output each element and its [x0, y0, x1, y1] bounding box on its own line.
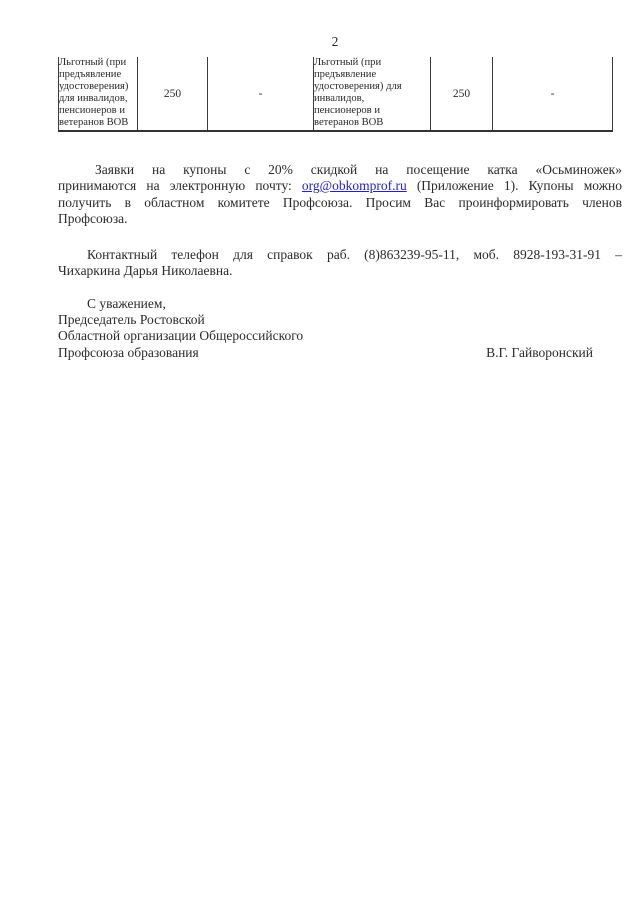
paragraph-contacts-line-2: Чихаркина Дарья Николаевна. [58, 263, 622, 279]
table-row: Льготный (при предъявление удостоверения… [59, 57, 613, 131]
signature-name: В.Г. Гайворонский [486, 345, 593, 361]
email-link[interactable]: org@obkomprof.ru [302, 178, 407, 193]
paragraph-coupons-line-4: Профсоюза. [58, 211, 622, 227]
table-cell-note-left: - [208, 57, 314, 131]
paragraph-coupons-line-2: принимаются на электронную почту: org@ob… [58, 178, 622, 194]
paragraph-coupons-line-3: получить в областном комитете Профсоюза.… [58, 195, 622, 211]
paragraph-contacts: Контактный телефон для справок раб. (8)8… [58, 247, 622, 280]
signature-title-line-3: Профсоюза образования [58, 345, 199, 361]
signature-greeting: С уважением, [58, 296, 622, 312]
signature-last-line: Профсоюза образования В.Г. Гайворонский [58, 345, 622, 361]
paragraph-coupons-line-1: Заявки на купоны с 20% скидкой на посеще… [58, 162, 622, 178]
paragraph-coupons: Заявки на купоны с 20% скидкой на посеще… [58, 162, 622, 227]
signature-block: С уважением, Председатель Ростовской Обл… [58, 296, 622, 361]
signature-title-line-2: Областной организации Общероссийского [58, 328, 622, 344]
table-cell-category-right: Льготный (при предъявление удостоверения… [314, 57, 431, 131]
page-number: 2 [58, 34, 612, 50]
table-cell-price-left: 250 [138, 57, 208, 131]
document-page: 2 Льготный (при предъявление удостоверен… [0, 0, 636, 900]
paragraph-coupons-line-2-before: принимаются на электронную почту: [58, 178, 302, 193]
table-cell-category-left: Льготный (при предъявление удостоверения… [59, 57, 138, 131]
signature-title-line-1: Председатель Ростовской [58, 312, 622, 328]
table-cell-note-right: - [493, 57, 613, 131]
body-text: Заявки на купоны с 20% скидкой на посеще… [58, 162, 622, 361]
paragraph-contacts-line-1: Контактный телефон для справок раб. (8)8… [58, 247, 622, 263]
paragraph-coupons-line-2-after: (Приложение 1). Купоны можно [407, 178, 622, 193]
price-table: Льготный (при предъявление удостоверения… [58, 57, 613, 132]
table-cell-price-right: 250 [431, 57, 493, 131]
